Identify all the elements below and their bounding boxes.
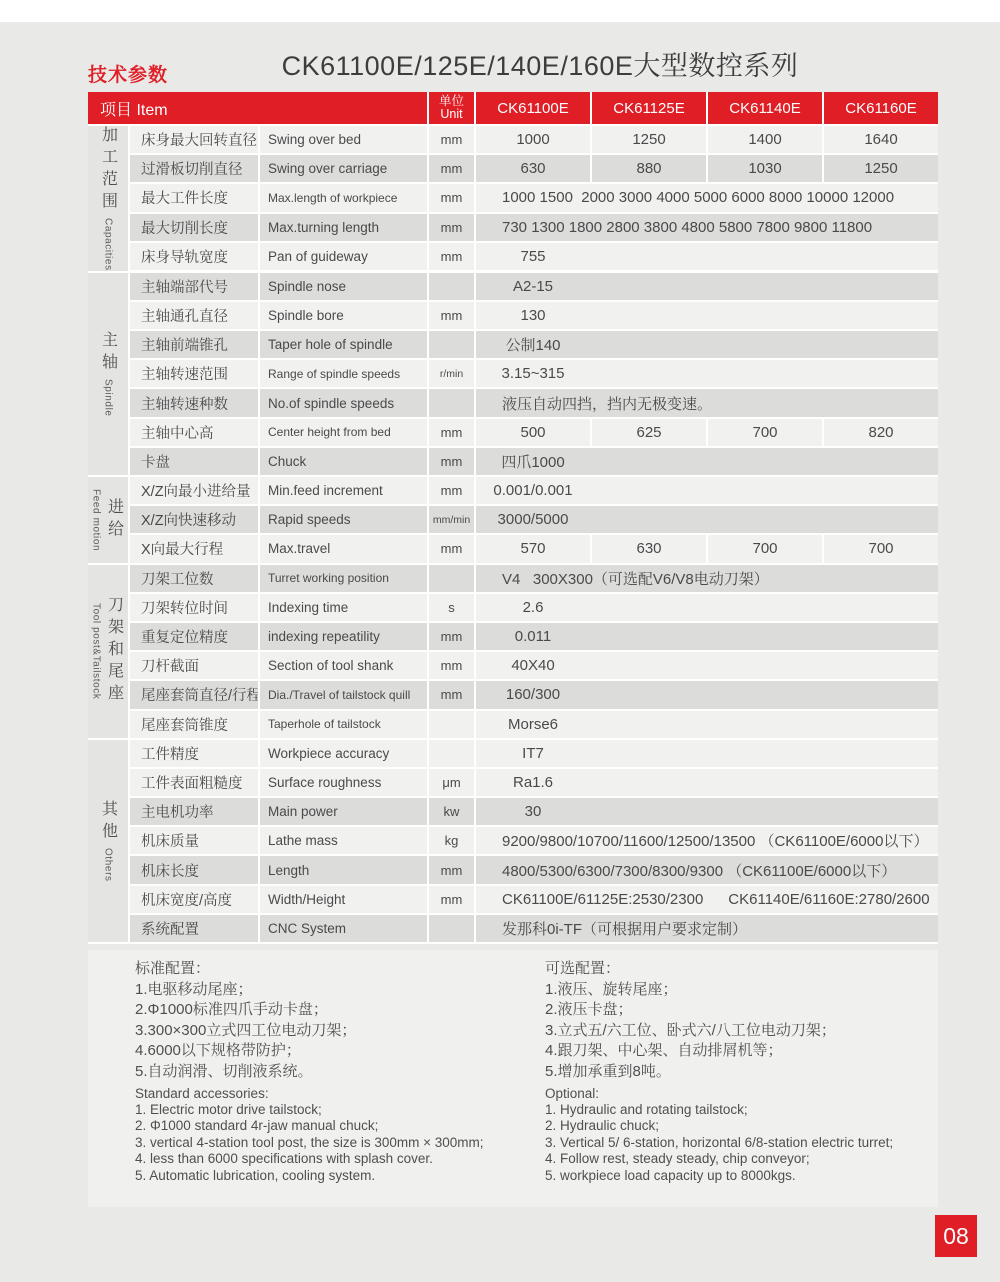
optional-config-item: 4.跟刀架、中心架、自动排屑机等；: [545, 1041, 938, 1062]
header-model: CK61160E: [824, 92, 938, 124]
spec-label-cn: 最大工件长度: [130, 184, 258, 211]
spec-label-en: Taper hole of spindle: [260, 331, 427, 358]
table-section: 加工范围Capacities床身最大回转直径Swing over bedmm10…: [88, 126, 938, 271]
standard-accessories-column: 标准配置：1.电驱移动尾座；2.Φ1000标准四爪手动卡盘；3.300×300立…: [135, 959, 545, 1207]
spec-unit: mm: [429, 477, 474, 504]
spec-label-cn: 主电机功率: [130, 798, 258, 825]
standard-accessory-item: 4. less than 6000 specifications with sp…: [135, 1151, 545, 1167]
page-number-badge: 08: [935, 1215, 977, 1257]
spec-label-cn: 卡盘: [130, 448, 258, 475]
optional-config-item: 5.增加承重到8吨。: [545, 1062, 938, 1083]
spec-label-en: Swing over carriage: [260, 155, 427, 182]
section-category: Tool post&Tailstock刀架和尾座: [88, 565, 128, 738]
spec-unit: mm: [429, 126, 474, 153]
spec-value-span: 160/300: [476, 681, 938, 708]
spec-value-span: 公制140: [476, 331, 938, 358]
spec-value: 3.15~315: [476, 365, 590, 382]
spec-label-en: Turret working position: [260, 565, 427, 592]
table-row: 工件精度Workpiece accuracyIT7: [130, 740, 938, 767]
spec-label-en: Surface roughness: [260, 769, 427, 796]
section-rows: 床身最大回转直径Swing over bedmm1000125014001640…: [130, 126, 938, 271]
spec-value: 625: [592, 419, 706, 446]
standard-config-item: 1.电驱移动尾座；: [135, 980, 545, 1001]
optional-accessories-column: 可选配置：1.液压、旋转尾座；2.液压卡盘；3.立式五/六工位、卧式六/八工位电…: [545, 959, 938, 1207]
spec-value: 1000: [476, 126, 590, 153]
spec-unit: mm: [429, 886, 474, 913]
spec-value-span: 1000 1500 2000 3000 4000 5000 6000 8000 …: [476, 184, 938, 211]
spec-label-en: No.of spindle speeds: [260, 389, 427, 416]
standard-config-item: 3.300×300立式四工位电动刀架；: [135, 1021, 545, 1042]
spec-value: 1030: [708, 155, 822, 182]
table-row: X/Z向最小进给量Min.feed incrementmm0.001/0.001: [130, 477, 938, 504]
spec-value: 0.011: [476, 628, 590, 645]
section-category-cn: 主轴: [97, 331, 120, 375]
spec-unit: mm: [429, 856, 474, 883]
spec-value: A2-15: [476, 278, 590, 295]
spec-label-en: Section of tool shank: [260, 652, 427, 679]
spec-value-span: 2.6: [476, 594, 938, 621]
spec-label-cn: 主轴中心高: [130, 419, 258, 446]
optional-config-item: 1.液压、旋转尾座；: [545, 980, 938, 1001]
spec-label-en: Swing over bed: [260, 126, 427, 153]
header-model: CK61125E: [592, 92, 706, 124]
table-row: 床身导轨宽度Pan of guidewaymm755: [130, 243, 938, 270]
optional-item: 1. Hydraulic and rotating tailstock;: [545, 1102, 938, 1118]
spec-label-cn: 主轴通孔直径: [130, 302, 258, 329]
spec-value: 630: [592, 535, 706, 562]
spec-label-en: Width/Height: [260, 886, 427, 913]
table-row: 最大工件长度Max.length of workpiecemm1000 1500…: [130, 184, 938, 211]
spec-unit: [429, 565, 474, 592]
spec-unit: mm: [429, 155, 474, 182]
table-section: Tool post&Tailstock刀架和尾座刀架工位数Turret work…: [88, 565, 938, 738]
spec-label-cn: 床身最大回转直径: [130, 126, 258, 153]
section-category-en: Spindle: [103, 379, 114, 417]
spec-label-en: Workpiece accuracy: [260, 740, 427, 767]
spec-unit: [429, 915, 474, 942]
table-row: 刀架工位数Turret working positionV4 300X300（可…: [130, 565, 938, 592]
spec-unit: mm: [429, 652, 474, 679]
spec-value-span: 40X40: [476, 652, 938, 679]
standard-accessory-item: 2. Φ1000 standard 4r-jaw manual chuck;: [135, 1118, 545, 1134]
header-unit: 单位 Unit: [429, 92, 474, 124]
optional-item: 5. workpiece load capacity up to 8000kgs…: [545, 1168, 938, 1184]
section-category: 主轴Spindle: [88, 273, 128, 475]
spec-label-cn: X向最大行程: [130, 535, 258, 562]
section-category-en: Others: [103, 848, 114, 882]
spec-label-cn: 刀架转位时间: [130, 594, 258, 621]
spec-value: 500: [476, 419, 590, 446]
spec-table: 项目 Item 单位 Unit CK61100ECK61125ECK61140E…: [88, 92, 938, 944]
section-category-en: Capacities: [103, 218, 114, 271]
spec-unit: mm: [429, 214, 474, 241]
spec-value: 40X40: [476, 657, 590, 674]
table-row: X/Z向快速移动Rapid speedsmm/min3000/5000: [130, 506, 938, 533]
spec-unit: mm: [429, 448, 474, 475]
spec-label-en: Taperhole of tailstock: [260, 711, 427, 738]
section-category: 加工范围Capacities: [88, 126, 128, 271]
header-unit-en: Unit: [440, 108, 462, 122]
spec-value: 700: [708, 535, 822, 562]
optional-title-en: Optional:: [545, 1086, 938, 1102]
spec-value: 1400: [708, 126, 822, 153]
header-model: CK61140E: [708, 92, 822, 124]
spec-label-en: Max.turning length: [260, 214, 427, 241]
spec-label-cn: 机床质量: [130, 827, 258, 854]
spec-label-cn: 尾座套筒直径/行程: [130, 681, 258, 708]
spec-unit: mm: [429, 535, 474, 562]
spec-label-en: Range of spindle speeds: [260, 360, 427, 387]
optional-config-item: 3.立式五/六工位、卧式六/八工位电动刀架；: [545, 1021, 938, 1042]
page-title: CK61100E/125E/140E/160E大型数控系列: [40, 44, 1000, 83]
spec-unit: kw: [429, 798, 474, 825]
spec-label-en: Rapid speeds: [260, 506, 427, 533]
spec-unit: [429, 273, 474, 300]
spec-label-cn: 重复定位精度: [130, 623, 258, 650]
table-row: 刀杆截面Section of tool shankmm40X40: [130, 652, 938, 679]
header-model: CK61100E: [476, 92, 590, 124]
spec-value-span: 发那科0i-TF（可根据用户要求定制）: [476, 915, 938, 942]
spec-label-en: CNC System: [260, 915, 427, 942]
table-row: 尾座套筒锥度Taperhole of tailstockMorse6: [130, 711, 938, 738]
standard-accessory-item: 3. vertical 4-station tool post, the siz…: [135, 1135, 545, 1151]
spec-label-cn: 主轴转速种数: [130, 389, 258, 416]
spec-value: 755: [476, 248, 590, 265]
table-section: 主轴Spindle主轴端部代号Spindle noseA2-15主轴通孔直径Sp…: [88, 273, 938, 475]
spec-value-span: CK61100E/61125E:2530/2300 CK61140E/61160…: [476, 886, 938, 913]
section-category-cn: 刀架和尾座: [103, 596, 126, 706]
spec-unit: mm: [429, 243, 474, 270]
standard-config-title-cn: 标准配置：: [135, 959, 545, 980]
spec-unit: mm/min: [429, 506, 474, 533]
accessories-block: 标准配置：1.电驱移动尾座；2.Φ1000标准四爪手动卡盘；3.300×300立…: [88, 950, 938, 1207]
table-row: 机床宽度/高度Width/HeightmmCK61100E/61125E:253…: [130, 886, 938, 913]
spec-label-cn: 最大切削长度: [130, 214, 258, 241]
spec-value-span: 4800/5300/6300/7300/8300/9300 （CK61100E/…: [476, 856, 938, 883]
spec-value: Morse6: [476, 716, 590, 733]
spec-value: 630: [476, 155, 590, 182]
table-section: 其他Others工件精度Workpiece accuracyIT7工件表面粗糙度…: [88, 740, 938, 942]
table-header-row: 项目 Item 单位 Unit CK61100ECK61125ECK61140E…: [88, 92, 938, 124]
table-row: 尾座套筒直径/行程Dia./Travel of tailstock quillm…: [130, 681, 938, 708]
table-row: 主电机功率Main powerkw30: [130, 798, 938, 825]
section-category-cn: 进给: [103, 498, 126, 542]
spec-unit: mm: [429, 681, 474, 708]
spec-value: 1250: [592, 126, 706, 153]
spec-value-span: A2-15: [476, 273, 938, 300]
spec-label-cn: X/Z向快速移动: [130, 506, 258, 533]
spec-label-en: Spindle nose: [260, 273, 427, 300]
top-white-strip: [0, 0, 1000, 22]
spec-label-cn: 过滑板切削直径: [130, 155, 258, 182]
table-row: 主轴端部代号Spindle noseA2-15: [130, 273, 938, 300]
spec-value-span: 3000/5000: [476, 506, 938, 533]
section-category-en: Feed motion: [91, 489, 102, 551]
table-row: 主轴通孔直径Spindle boremm130: [130, 302, 938, 329]
table-row: 机床长度Lengthmm4800/5300/6300/7300/8300/930…: [130, 856, 938, 883]
spec-label-cn: 工件表面粗糙度: [130, 769, 258, 796]
optional-item: 2. Hydraulic chuck;: [545, 1118, 938, 1134]
spec-unit: [429, 711, 474, 738]
spec-label-cn: 刀架工位数: [130, 565, 258, 592]
spec-label-en: Indexing time: [260, 594, 427, 621]
spec-label-en: Chuck: [260, 448, 427, 475]
table-row: 最大切削长度Max.turning lengthmm730 1300 1800 …: [130, 214, 938, 241]
spec-value-span: V4 300X300（可选配V6/V8电动刀架）: [476, 565, 938, 592]
table-row: 系统配置CNC System发那科0i-TF（可根据用户要求定制）: [130, 915, 938, 942]
table-row: 主轴转速种数No.of spindle speeds液压自动四挡，挡内无极变速。: [130, 389, 938, 416]
section-category-en: Tool post&Tailstock: [91, 603, 102, 699]
table-row: 床身最大回转直径Swing over bedmm1000125014001640: [130, 126, 938, 153]
spec-label-en: Max.travel: [260, 535, 427, 562]
spec-value-span: 0.001/0.001: [476, 477, 938, 504]
spec-label-en: indexing repeatility: [260, 623, 427, 650]
spec-value-span: 液压自动四挡，挡内无极变速。: [476, 389, 938, 416]
spec-label-cn: 主轴转速范围: [130, 360, 258, 387]
table-row: 重复定位精度indexing repeatilitymm0.011: [130, 623, 938, 650]
standard-accessory-item: 5. Automatic lubrication, cooling system…: [135, 1168, 545, 1184]
spec-value-span: 30: [476, 798, 938, 825]
spec-value-span: Morse6: [476, 711, 938, 738]
spec-label-en: Center height from bed: [260, 419, 427, 446]
spec-label-en: Min.feed increment: [260, 477, 427, 504]
spec-value: 0.001/0.001: [476, 482, 590, 499]
spec-label-cn: 尾座套筒锥度: [130, 711, 258, 738]
spec-value: 570: [476, 535, 590, 562]
optional-item: 3. Vertical 5/ 6-station, horizontal 6/8…: [545, 1135, 938, 1151]
optional-item: 4. Follow rest, steady steady, chip conv…: [545, 1151, 938, 1167]
spec-unit: μm: [429, 769, 474, 796]
table-row: 机床质量Lathe masskg9200/9800/10700/11600/12…: [130, 827, 938, 854]
spec-value-span: 0.011: [476, 623, 938, 650]
section-rows: 工件精度Workpiece accuracyIT7工件表面粗糙度Surface …: [130, 740, 938, 942]
optional-config-title-cn: 可选配置：: [545, 959, 938, 980]
spec-unit: [429, 331, 474, 358]
spec-label-cn: 主轴端部代号: [130, 273, 258, 300]
spec-label-en: Max.length of workpiece: [260, 184, 427, 211]
table-row: 卡盘Chuckmm四爪1000: [130, 448, 938, 475]
spec-value-span: 730 1300 1800 2800 3800 4800 5800 7800 9…: [476, 214, 938, 241]
spec-value: 880: [592, 155, 706, 182]
section-category-cn: 加工范围: [97, 126, 120, 214]
section-category-cn: 其他: [97, 800, 120, 844]
table-row: X向最大行程Max.travelmm570630700700: [130, 535, 938, 562]
spec-unit: r/min: [429, 360, 474, 387]
section-rows: 主轴端部代号Spindle noseA2-15主轴通孔直径Spindle bor…: [130, 273, 938, 475]
spec-unit: [429, 740, 474, 767]
spec-value-span: 3.15~315: [476, 360, 938, 387]
spec-value: Ra1.6: [476, 774, 590, 791]
table-row: 主轴转速范围Range of spindle speedsr/min3.15~3…: [130, 360, 938, 387]
standard-config-item: 4.6000以下规格带防护；: [135, 1041, 545, 1062]
table-row: 主轴中心高Center height from bedmm50062570082…: [130, 419, 938, 446]
spec-label-en: Dia./Travel of tailstock quill: [260, 681, 427, 708]
spec-value: 30: [476, 803, 590, 820]
spec-label-en: Length: [260, 856, 427, 883]
section-rows: 刀架工位数Turret working positionV4 300X300（可…: [130, 565, 938, 738]
spec-value: 3000/5000: [476, 511, 590, 528]
spec-label-cn: 机床宽度/高度: [130, 886, 258, 913]
spec-value: 1640: [824, 126, 938, 153]
spec-unit: s: [429, 594, 474, 621]
spec-label-en: Pan of guideway: [260, 243, 427, 270]
standard-accessory-item: 1. Electric motor drive tailstock;: [135, 1102, 545, 1118]
spec-label-en: Lathe mass: [260, 827, 427, 854]
section-category: Feed motion进给: [88, 477, 128, 563]
spec-label-cn: X/Z向最小进给量: [130, 477, 258, 504]
standard-config-item: 2.Φ1000标准四爪手动卡盘；: [135, 1000, 545, 1021]
header-item: 项目 Item: [88, 92, 427, 124]
spec-value-span: 9200/9800/10700/11600/12500/13500 （CK611…: [476, 827, 938, 854]
spec-label-cn: 系统配置: [130, 915, 258, 942]
table-row: 过滑板切削直径Swing over carriagemm630880103012…: [130, 155, 938, 182]
spec-value: 700: [708, 419, 822, 446]
spec-value: 160/300: [476, 686, 590, 703]
spec-value: IT7: [476, 745, 590, 762]
spec-unit: kg: [429, 827, 474, 854]
spec-unit: mm: [429, 623, 474, 650]
standard-config-item: 5.自动润滑、切削液系统。: [135, 1062, 545, 1083]
spec-value: 130: [476, 307, 590, 324]
table-row: 主轴前端锥孔Taper hole of spindle公制140: [130, 331, 938, 358]
spec-label-cn: 工件精度: [130, 740, 258, 767]
spec-label-en: Spindle bore: [260, 302, 427, 329]
spec-value: 2.6: [476, 599, 590, 616]
spec-unit: mm: [429, 184, 474, 211]
section-rows: X/Z向最小进给量Min.feed incrementmm0.001/0.001…: [130, 477, 938, 563]
spec-value-span: IT7: [476, 740, 938, 767]
header-unit-cn: 单位: [439, 95, 464, 109]
spec-value: 1250: [824, 155, 938, 182]
spec-label-cn: 刀杆截面: [130, 652, 258, 679]
spec-label-en: Main power: [260, 798, 427, 825]
spec-value: 820: [824, 419, 938, 446]
tech-params-label: 技术参数: [88, 60, 168, 87]
spec-value: 700: [824, 535, 938, 562]
spec-value-span: 755: [476, 243, 938, 270]
spec-value-span: 四爪1000: [476, 448, 938, 475]
spec-unit: mm: [429, 419, 474, 446]
optional-config-item: 2.液压卡盘；: [545, 1000, 938, 1021]
spec-label-cn: 主轴前端锥孔: [130, 331, 258, 358]
spec-label-cn: 机床长度: [130, 856, 258, 883]
standard-accessories-title-en: Standard accessories:: [135, 1086, 545, 1102]
spec-value: 四爪1000: [476, 451, 590, 472]
spec-value-span: 130: [476, 302, 938, 329]
spec-value-span: Ra1.6: [476, 769, 938, 796]
section-category: 其他Others: [88, 740, 128, 942]
spec-label-cn: 床身导轨宽度: [130, 243, 258, 270]
spec-value: 公制140: [476, 334, 590, 355]
spec-unit: [429, 389, 474, 416]
table-section: Feed motion进给X/Z向最小进给量Min.feed increment…: [88, 477, 938, 563]
table-row: 刀架转位时间Indexing times2.6: [130, 594, 938, 621]
spec-unit: mm: [429, 302, 474, 329]
table-row: 工件表面粗糙度Surface roughnessμmRa1.6: [130, 769, 938, 796]
